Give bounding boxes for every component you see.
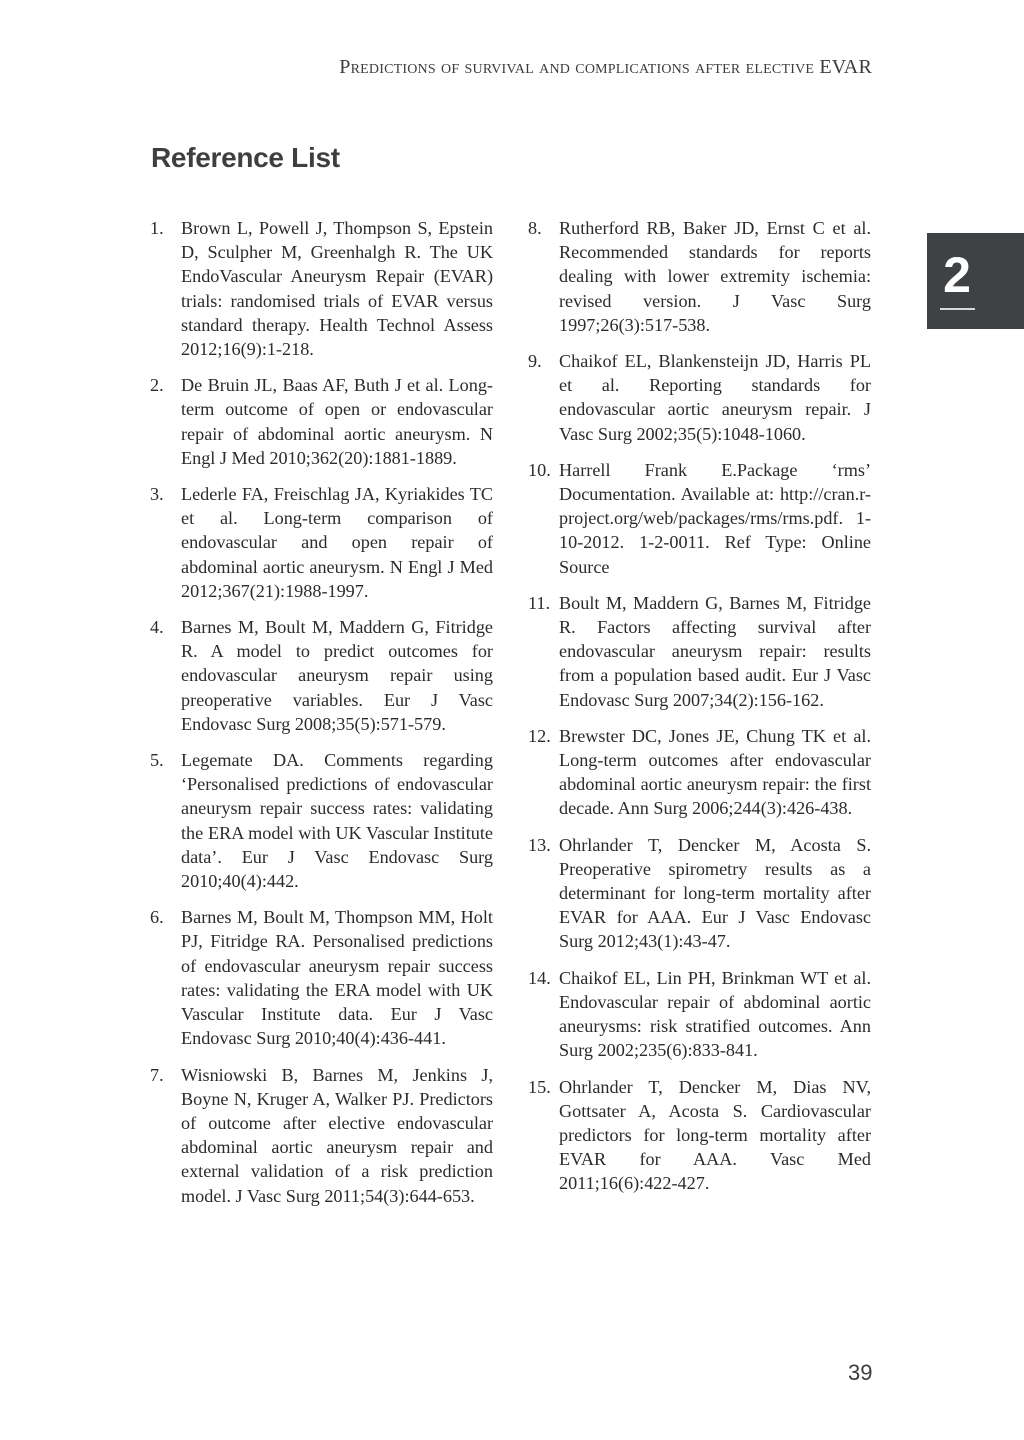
reference-number: 6. [150,905,181,1050]
chapter-number: 2 [940,245,974,305]
reference-list-right: 8. Rutherford RB, Baker JD, Ernst C et a… [528,216,871,1196]
reference-item: 10. Harrell Frank E.Package ‘rms’ Docume… [528,458,871,579]
reference-text: Barnes M, Boult M, Maddern G, Fitridge R… [181,615,493,736]
reference-number: 4. [150,615,181,736]
reference-text: Rutherford RB, Baker JD, Ernst C et al. … [559,216,871,337]
reference-item: 13. Ohrlander T, Dencker M, Acosta S. Pr… [528,833,871,954]
page-number: 39 [848,1360,872,1386]
reference-item: 9. Chaikof EL, Blankensteijn JD, Harris … [528,349,871,446]
reference-item: 15. Ohrlander T, Dencker M, Dias NV, Got… [528,1075,871,1196]
reference-text: Chaikof EL, Lin PH, Brinkman WT et al. E… [559,966,871,1063]
reference-item: 3. Lederle FA, Freischlag JA, Kyriakides… [150,482,493,603]
reference-number: 14. [528,966,559,1063]
reference-text: Wisniowski B, Barnes M, Jenkins J, Boyne… [181,1063,493,1208]
reference-text: De Bruin JL, Baas AF, Buth J et al. Long… [181,373,493,470]
reference-number: 2. [150,373,181,470]
reference-number: 11. [528,591,559,712]
reference-list-left: 1. Brown L, Powell J, Thompson S, Epstei… [150,216,493,1208]
chapter-underline [940,308,975,310]
reference-column-left: 1. Brown L, Powell J, Thompson S, Epstei… [150,216,493,1220]
reference-item: 8. Rutherford RB, Baker JD, Ernst C et a… [528,216,871,337]
reference-item: 5. Legemate DA. Comments regarding ‘Pers… [150,748,493,893]
reference-text: Boult M, Maddern G, Barnes M, Fitridge R… [559,591,871,712]
reference-number: 13. [528,833,559,954]
reference-number: 15. [528,1075,559,1196]
reference-number: 5. [150,748,181,893]
reference-text: Ohrlander T, Dencker M, Acosta S. Preope… [559,833,871,954]
reference-number: 3. [150,482,181,603]
reference-item: 11. Boult M, Maddern G, Barnes M, Fitrid… [528,591,871,712]
reference-item: 7. Wisniowski B, Barnes M, Jenkins J, Bo… [150,1063,493,1208]
reference-item: 4. Barnes M, Boult M, Maddern G, Fitridg… [150,615,493,736]
reference-number: 1. [150,216,181,361]
running-header: Predictions of survival and complication… [339,56,872,79]
reference-item: 2. De Bruin JL, Baas AF, Buth J et al. L… [150,373,493,470]
section-title: Reference List [151,142,340,174]
chapter-tab: 2 [927,233,1024,329]
reference-column-right: 8. Rutherford RB, Baker JD, Ernst C et a… [528,216,871,1208]
reference-item: 6. Barnes M, Boult M, Thompson MM, Holt … [150,905,493,1050]
reference-text: Harrell Frank E.Package ‘rms’ Documentat… [559,458,871,579]
reference-text: Ohrlander T, Dencker M, Dias NV, Gottsat… [559,1075,871,1196]
reference-text: Chaikof EL, Blankensteijn JD, Harris PL … [559,349,871,446]
reference-number: 8. [528,216,559,337]
reference-number: 10. [528,458,559,579]
reference-item: 14. Chaikof EL, Lin PH, Brinkman WT et a… [528,966,871,1063]
reference-text: Brown L, Powell J, Thompson S, Epstein D… [181,216,493,361]
reference-text: Brewster DC, Jones JE, Chung TK et al. L… [559,724,871,821]
reference-text: Barnes M, Boult M, Thompson MM, Holt PJ,… [181,905,493,1050]
reference-text: Lederle FA, Freischlag JA, Kyriakides TC… [181,482,493,603]
reference-text: Legemate DA. Comments regarding ‘Persona… [181,748,493,893]
reference-item: 1. Brown L, Powell J, Thompson S, Epstei… [150,216,493,361]
reference-number: 7. [150,1063,181,1208]
reference-item: 12. Brewster DC, Jones JE, Chung TK et a… [528,724,871,821]
reference-number: 9. [528,349,559,446]
reference-number: 12. [528,724,559,821]
